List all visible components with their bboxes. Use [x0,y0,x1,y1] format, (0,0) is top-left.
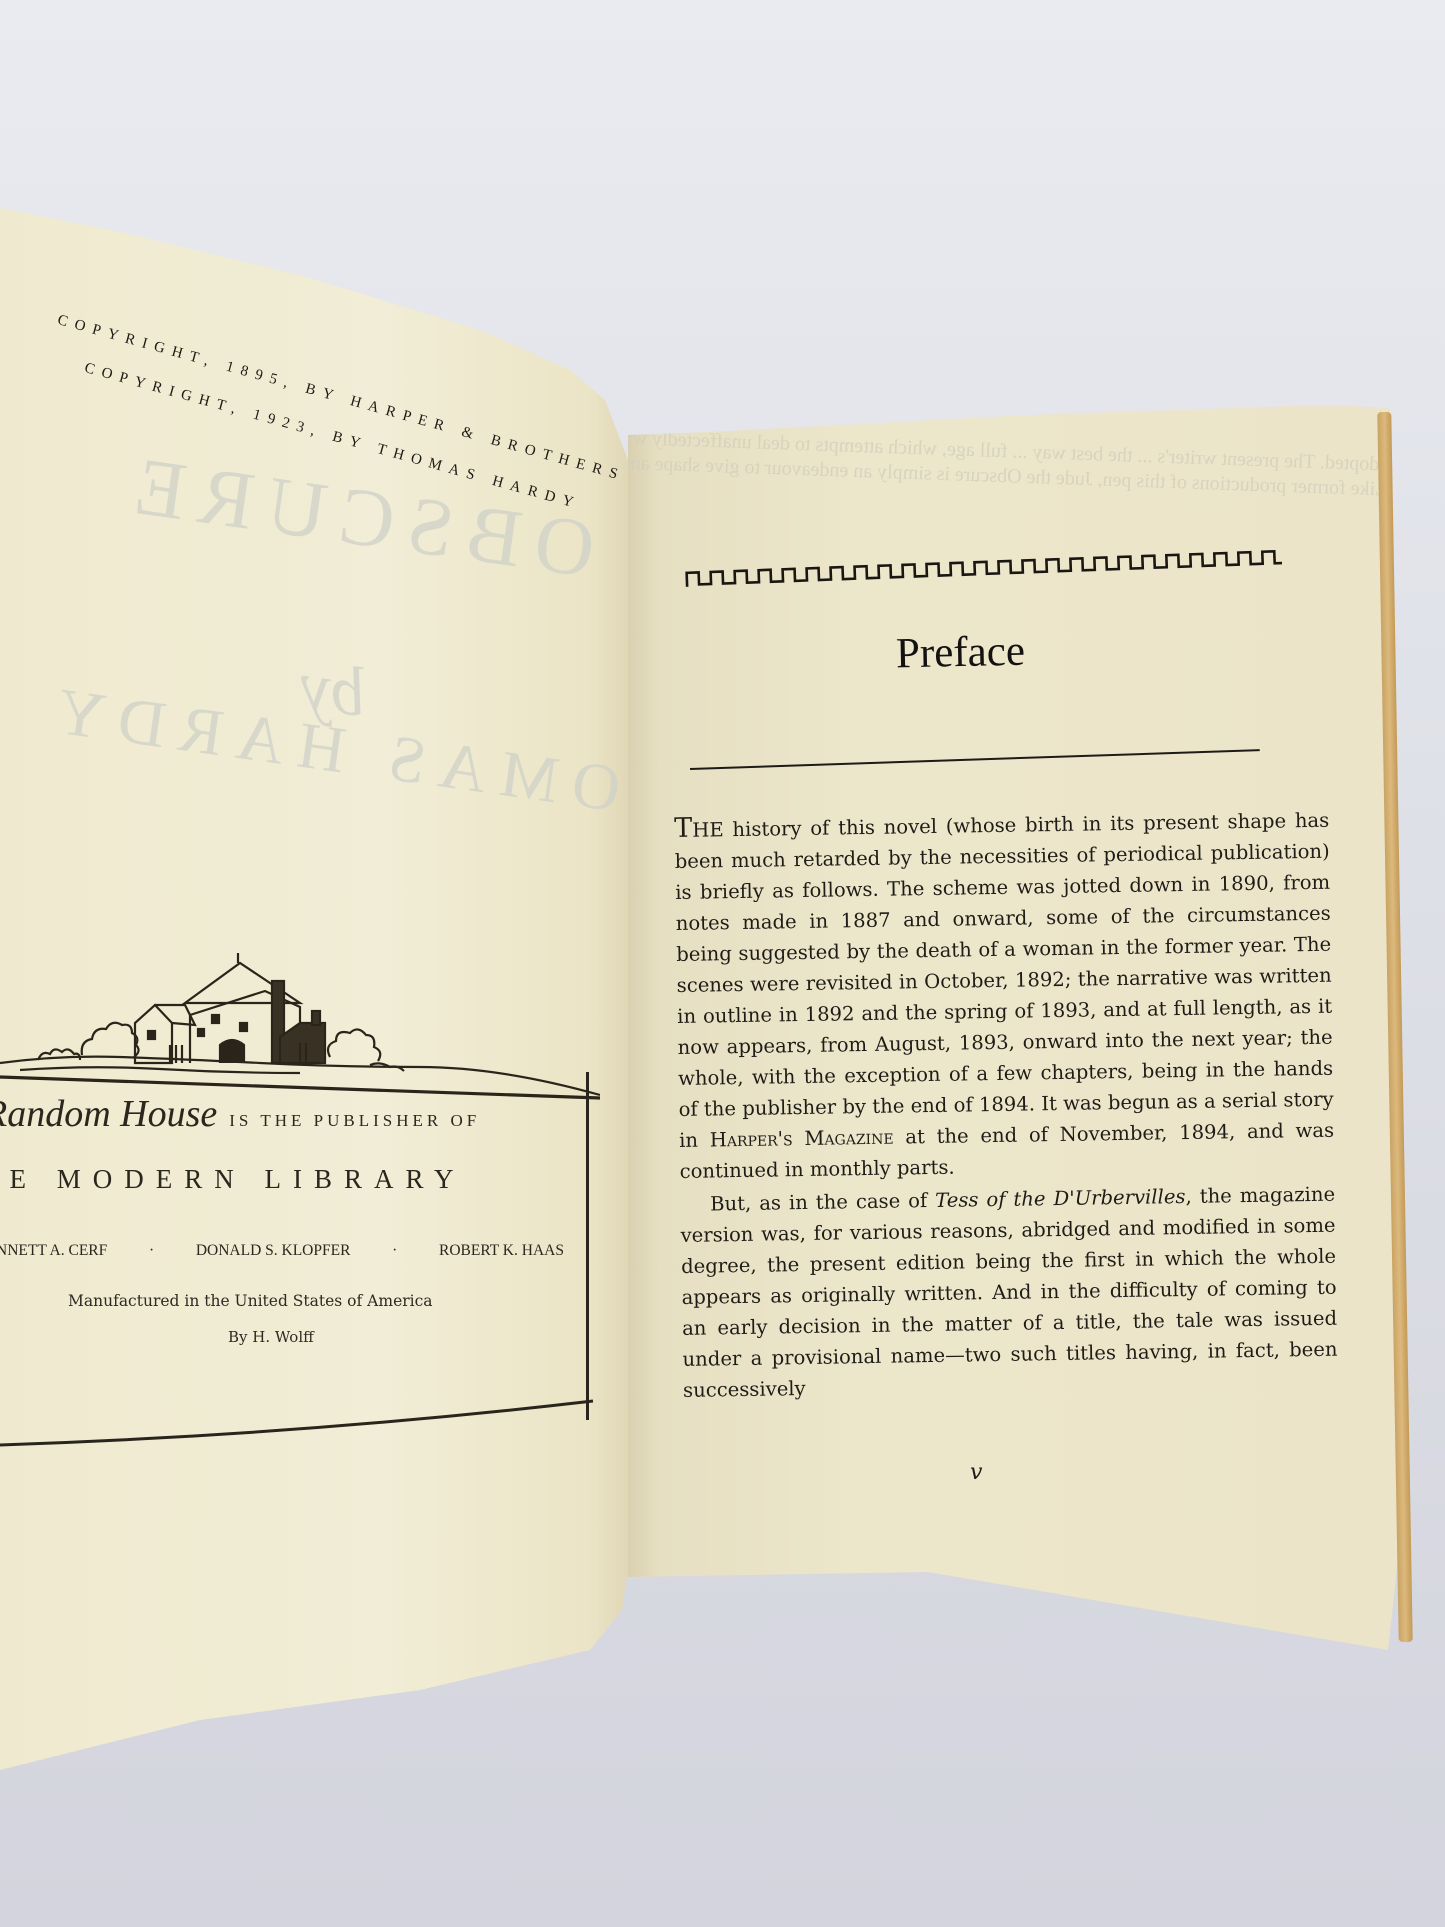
preface-body: THE history of this novel (whose birth i… [674,803,1338,1406]
show-through-text: adopted. The present writer's ... the be… [667,427,1388,502]
colophon-bottom-rule [0,1395,595,1455]
colophon-box: Random HouseIS THE PUBLISHER OF HE MODER… [0,1072,589,1420]
page-title: Preface [896,627,1026,679]
greek-key-ornament-icon [682,510,1282,588]
publisher-statement: IS THE PUBLISHER OF [229,1111,480,1130]
novel-title: Tess of the D'Urbervilles [935,1185,1186,1212]
publisher-name: Random House [0,1093,217,1135]
partner-haas: ROBERT K. HAAS [439,1242,564,1260]
separator: · [392,1242,397,1260]
separator: · [149,1242,154,1260]
page-number: v [970,1460,982,1485]
manufactured-note: Manufactured in the United States of Ame… [68,1292,433,1310]
paragraph-1: THE history of this novel (whose birth i… [674,803,1335,1187]
partner-cerf: NNETT A. CERF [0,1242,107,1260]
series-name: HE MODERN LIBRARY [0,1164,466,1195]
paragraph-2: But, as in the case of Tess of the D'Urb… [680,1179,1338,1406]
dropcap-rest: HE [692,818,724,841]
dropcap: T [674,813,693,844]
paragraph-2-text-a: But, as in the case of [710,1189,935,1216]
manufacturer-name: By H. Wolff [228,1328,314,1346]
magazine-name: Harper's Magazine [710,1126,894,1152]
publisher-line: Random HouseIS THE PUBLISHER OF [0,1092,480,1136]
show-through-title: OBSCURE [116,437,601,596]
partner-klopfer: DONALD S. KLOPFER [196,1242,351,1260]
partners-line: NNETT A. CERF · DONALD S. KLOPFER · ROBE… [0,1242,564,1260]
paragraph-1-text-a: history of this novel (whose birth in it… [675,809,1334,1152]
paragraph-2-text-b: , the magazine version was, for various … [680,1183,1337,1402]
